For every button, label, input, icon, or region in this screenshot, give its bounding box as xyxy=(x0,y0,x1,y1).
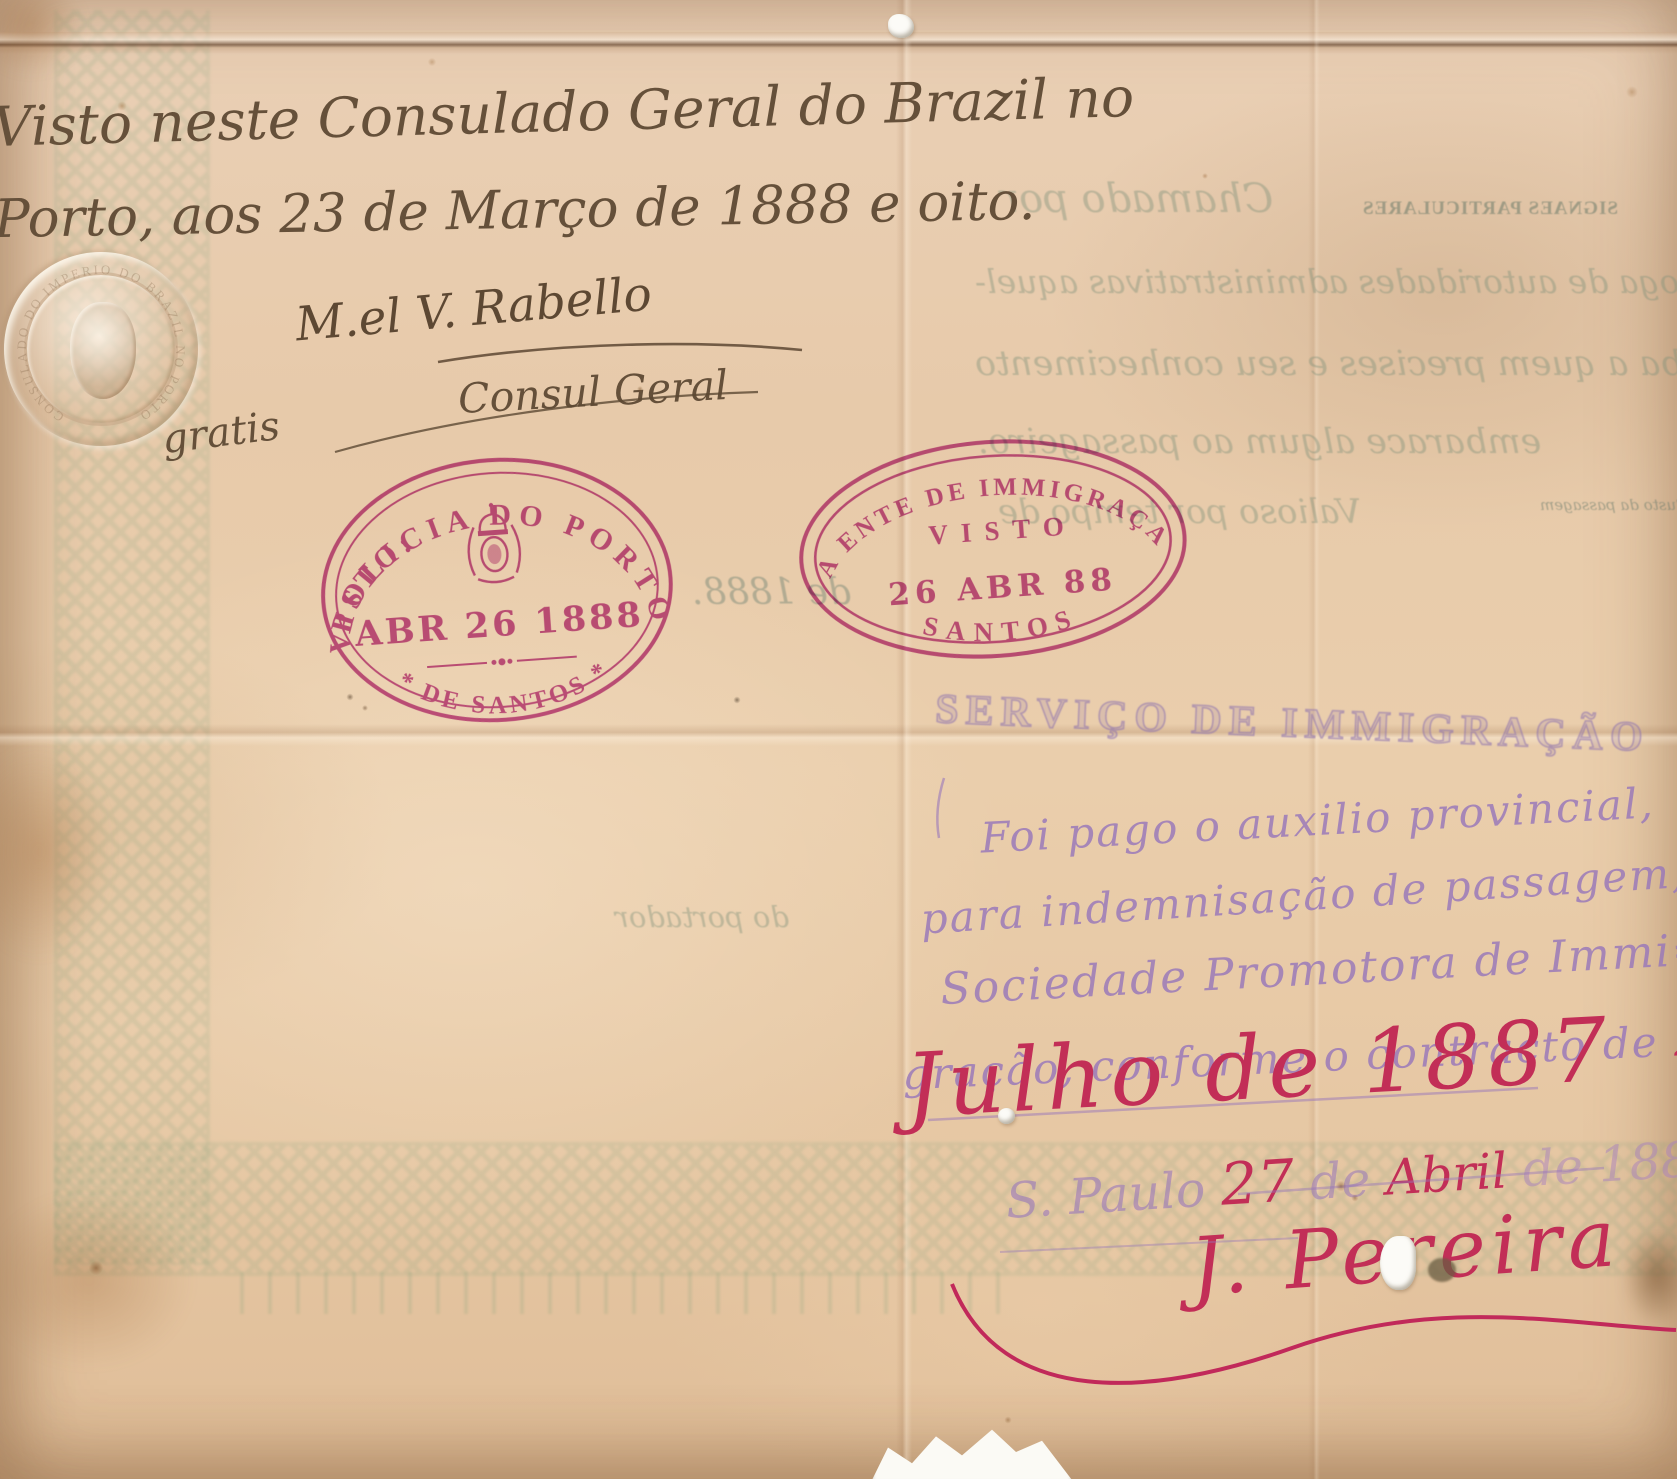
stain-bottom-left xyxy=(0,1190,194,1370)
bleed-border-fringe xyxy=(240,1272,1000,1314)
paper-hole-dark xyxy=(1428,1258,1456,1282)
place-date-de1: de xyxy=(1308,1151,1372,1212)
consul-title: Consul Geral xyxy=(457,361,729,423)
paper-hole-small xyxy=(998,1108,1015,1124)
svg-text:CONSULADO DO IMPERIO DO BRAZIL: CONSULADO DO IMPERIO DO BRAZIL NO PORTO xyxy=(14,262,188,425)
agent-stamp-visto: VISTO xyxy=(928,510,1078,550)
scanned-passport-visa-page: CONSULADO DO IMPERIO DO BRAZIL NO PORTO … xyxy=(0,0,1677,1479)
ghost-line-2: Roga de autoridades administrativas aque… xyxy=(975,262,1677,301)
consular-note-line-2: Porto, aos 23 de Março de 1888 e oito. xyxy=(0,171,1036,250)
ghost-line-1: Chamado por xyxy=(1000,176,1273,222)
immigration-service-stamp: SERVIÇO DE IMMIGRAÇÃO xyxy=(934,686,1650,763)
embossed-seal-ring-text: CONSULADO DO IMPERIO DO BRAZIL NO PORTO xyxy=(14,262,188,425)
stain-right-edge xyxy=(1622,1226,1677,1326)
paper-hole-large xyxy=(1380,1236,1416,1290)
police-stamp-date: ABR 26 1888 xyxy=(353,594,645,655)
consul-signature: M.el V. Rabello xyxy=(293,267,654,353)
payment-note-bracket xyxy=(937,778,944,838)
ghost-custo-passagem: Custo da passagem xyxy=(1540,496,1677,514)
contract-day-red: 22 xyxy=(1672,1006,1677,1069)
immigration-agent-stamp-svg: A ENTE DE IMMIGRAÇA VISTO 26 ABR 88 SANT… xyxy=(785,422,1202,677)
paper-chip-top xyxy=(888,14,914,38)
fold-crease-top xyxy=(0,32,1677,54)
stain-top-left-corner xyxy=(0,0,86,76)
consular-note-line-1: Visto neste Consulado Geral do Brazil no xyxy=(0,65,1135,159)
agent-stamp-date: 26 ABR 88 xyxy=(887,561,1118,613)
ghost-signaes-particulares: SIGNAES PARTICULARES xyxy=(1362,198,1618,220)
place-date-day: 27 xyxy=(1218,1146,1296,1218)
place-date-place: S. Paulo xyxy=(1004,1161,1207,1230)
port-police-stamp-svg: VISTO: POLICIA DO PORTO ABR 26 1888 xyxy=(307,444,687,739)
ghost-line-3: ba a quem precises e seu conhecimento xyxy=(975,344,1677,384)
port-police-stamp: VISTO: POLICIA DO PORTO ABR 26 1888 xyxy=(307,444,687,739)
place-date-month: Abril xyxy=(1384,1142,1509,1206)
stain-left-edge xyxy=(0,742,114,962)
ghost-do-portador: do portador xyxy=(615,900,789,934)
police-stamp-ornament xyxy=(427,654,577,670)
payment-note-line-2: para indemnisação de passagem, á xyxy=(919,845,1677,943)
consul-signature-underline xyxy=(438,344,802,362)
place-date-de2: de 1888 xyxy=(1521,1129,1677,1198)
immigration-agent-stamp: A ENTE DE IMMIGRAÇA VISTO 26 ABR 88 SANT… xyxy=(785,422,1202,677)
